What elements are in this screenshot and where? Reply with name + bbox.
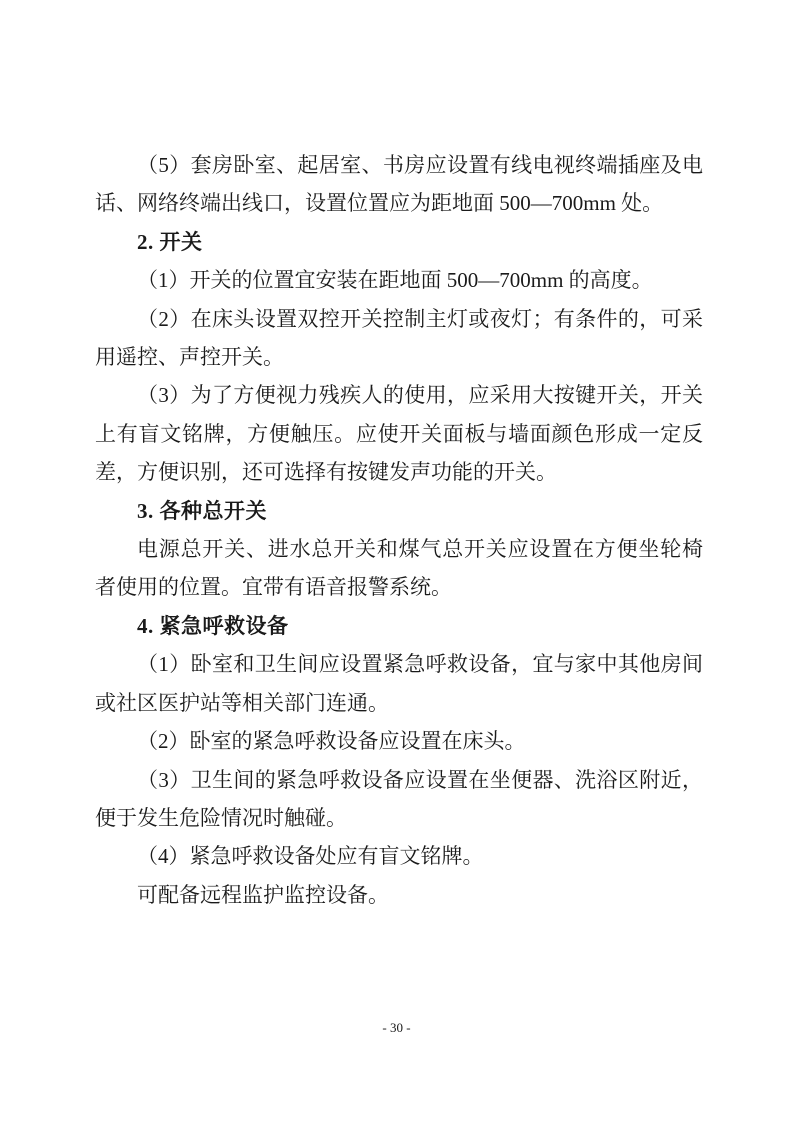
section-heading: 3. 各种总开关 xyxy=(95,492,703,530)
paragraph: （4）紧急呼救设备处应有盲文铭牌。 xyxy=(95,837,703,875)
paragraph: （2）卧室的紧急呼救设备应设置在床头。 xyxy=(95,722,703,760)
document-body: （5）套房卧室、起居室、书房应设置有线电视终端插座及电话、网络终端出线口，设置位… xyxy=(95,146,703,914)
section-heading: 2. 开关 xyxy=(95,223,703,261)
paragraph: （2）在床头设置双控开关控制主灯或夜灯；有条件的，可采用遥控、声控开关。 xyxy=(95,300,703,377)
paragraph: 电源总开关、进水总开关和煤气总开关应设置在方便坐轮椅者使用的位置。宜带有语音报警… xyxy=(95,530,703,607)
section-heading: 4. 紧急呼救设备 xyxy=(95,607,703,645)
page-footer: - 30 - xyxy=(0,1020,793,1036)
paragraph: 可配备远程监护监控设备。 xyxy=(95,876,703,914)
paragraph: （3）为了方便视力残疾人的使用，应采用大按键开关，开关上有盲文铭牌，方便触压。应… xyxy=(95,376,703,491)
paragraph: （1）开关的位置宜安装在距地面 500—700mm 的高度。 xyxy=(95,261,703,299)
paragraph: （5）套房卧室、起居室、书房应设置有线电视终端插座及电话、网络终端出线口，设置位… xyxy=(95,146,703,223)
paragraph: （1）卧室和卫生间应设置紧急呼救设备，宜与家中其他房间或社区医护站等相关部门连通… xyxy=(95,645,703,722)
page-number: - 30 - xyxy=(382,1020,410,1035)
paragraph: （3）卫生间的紧急呼救设备应设置在坐便器、洗浴区附近，便于发生危险情况时触碰。 xyxy=(95,761,703,838)
document-page: （5）套房卧室、起居室、书房应设置有线电视终端插座及电话、网络终端出线口，设置位… xyxy=(0,0,793,1122)
